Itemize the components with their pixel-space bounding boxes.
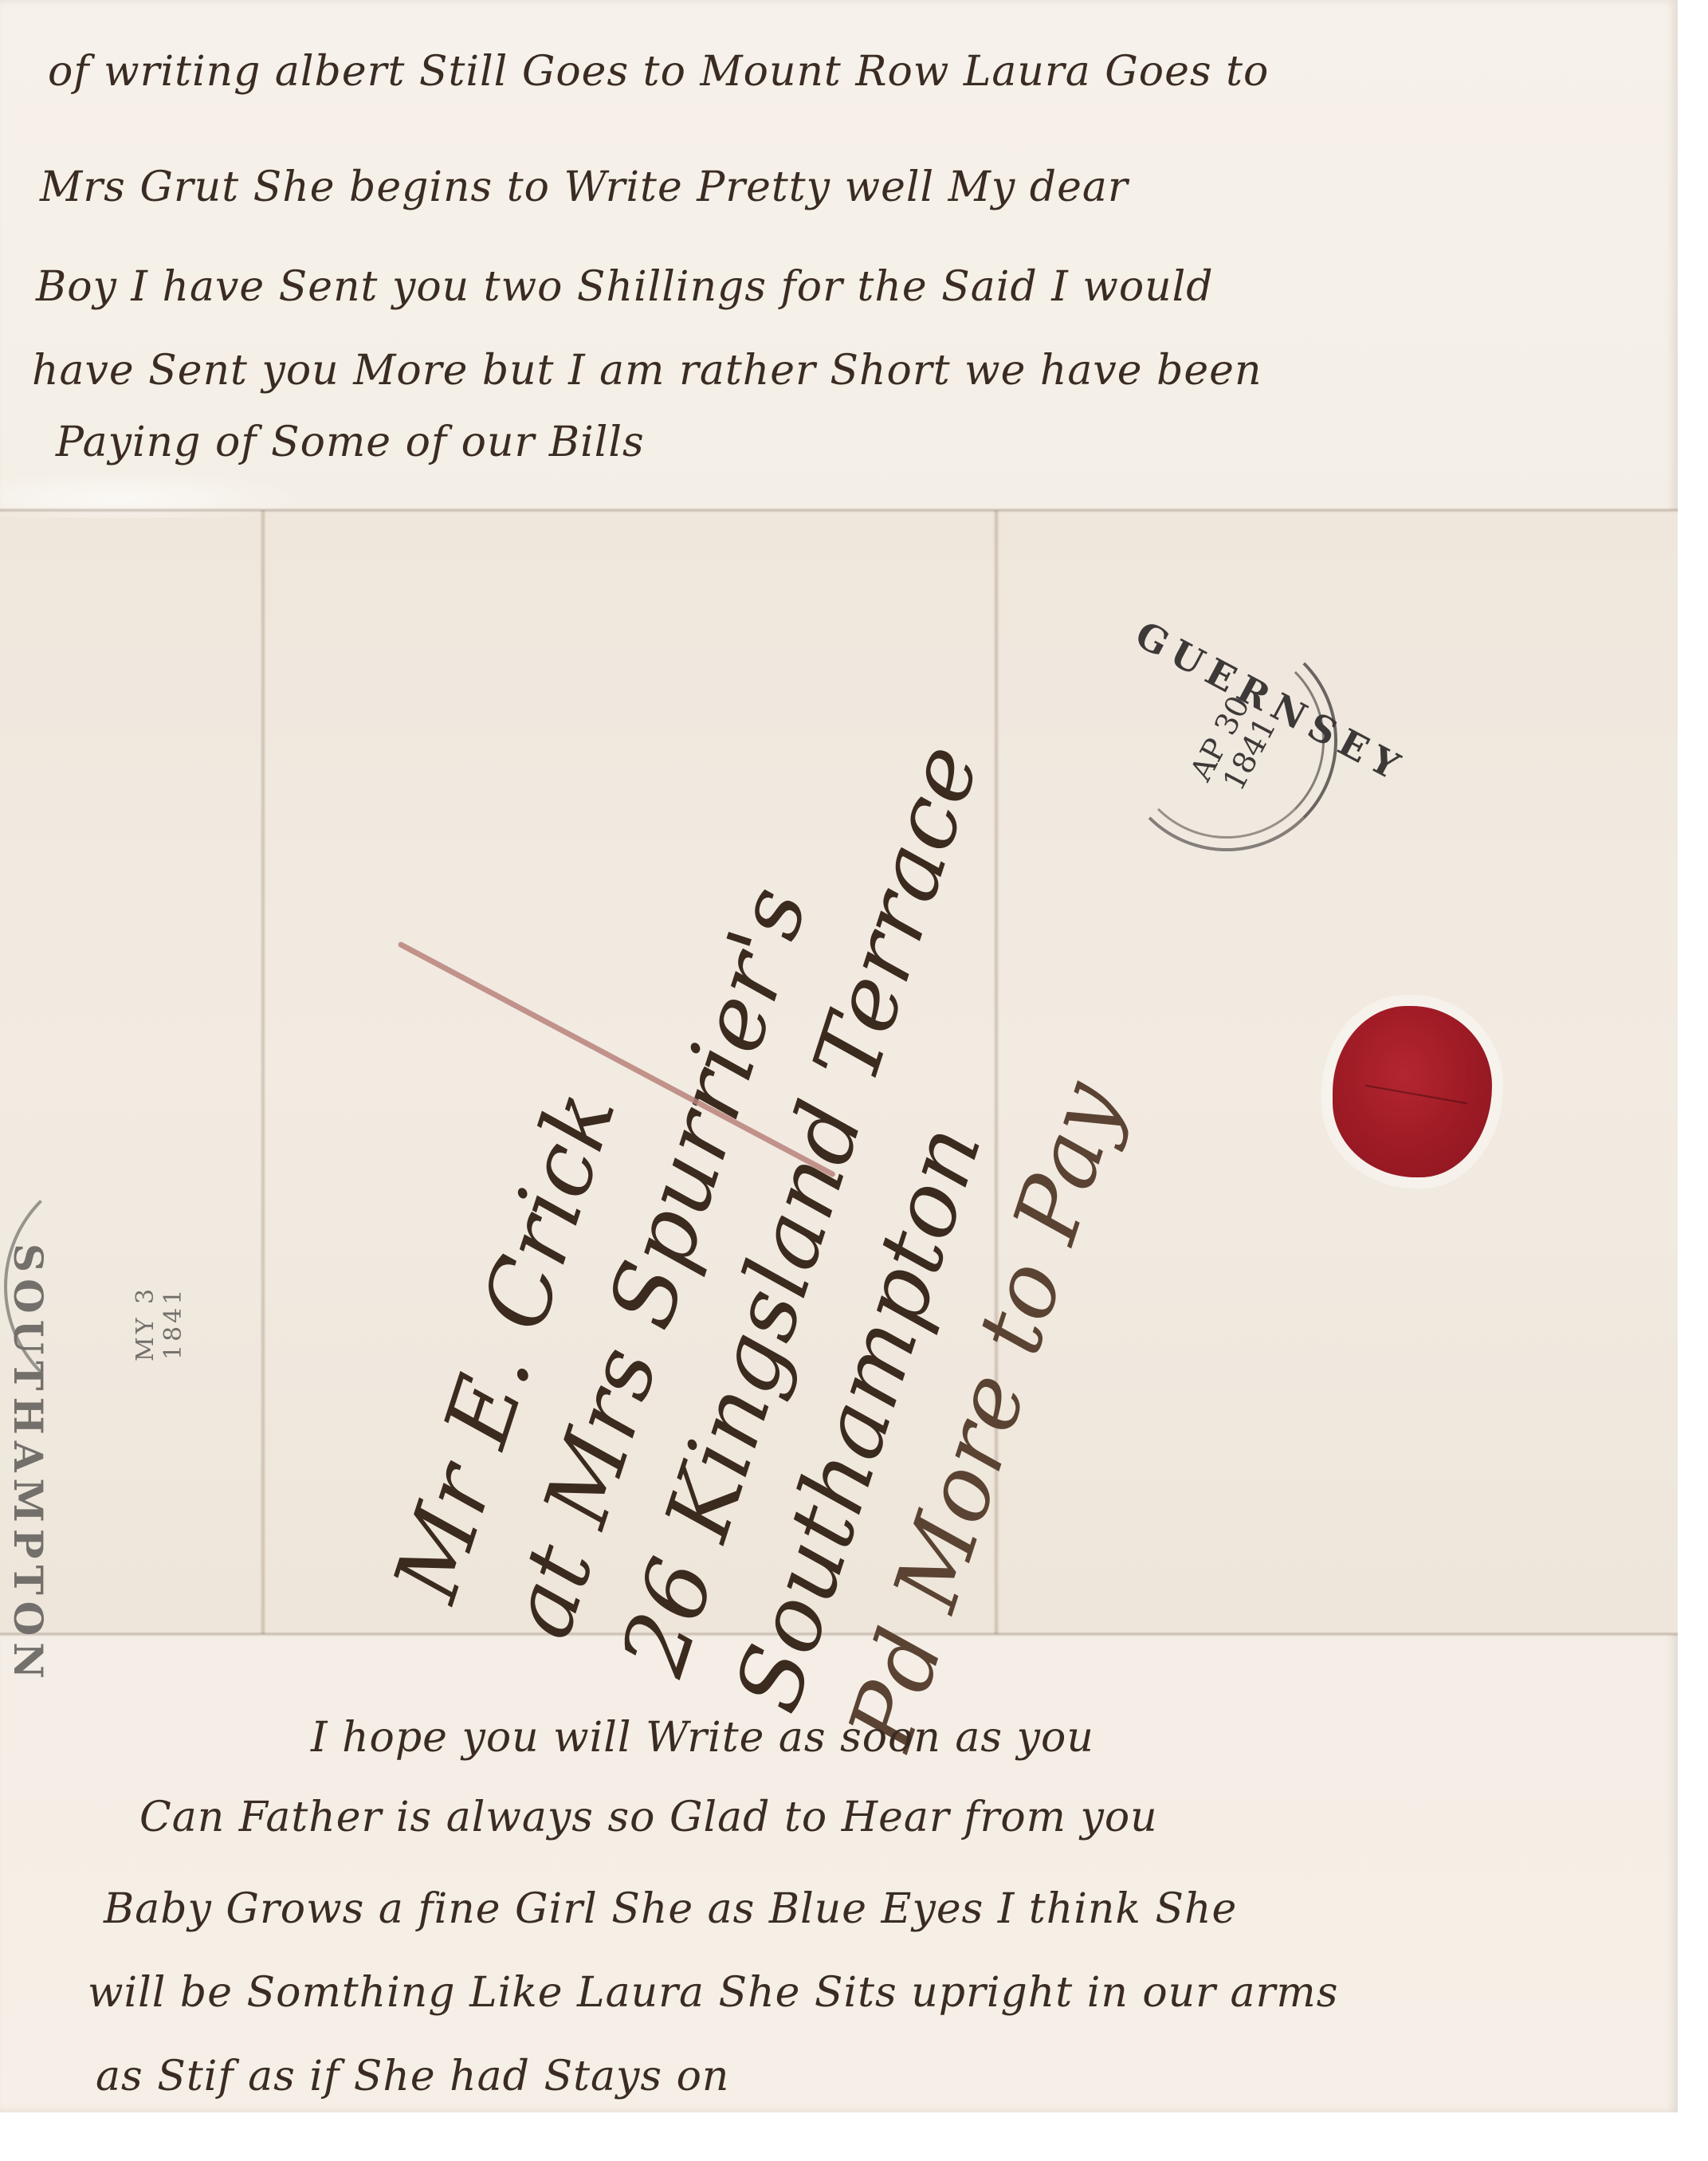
seal-crack bbox=[1365, 1085, 1467, 1105]
letter-line: Paying of Some of our Bills bbox=[56, 418, 645, 466]
postmark-date: MY 3 1841 bbox=[132, 1259, 187, 1387]
guernsey-postmark: GUERNSEY AP 30 1841 bbox=[1116, 630, 1337, 851]
wax-seal bbox=[1333, 1006, 1492, 1177]
southampton-postmark: SOUTHAMPTON MY 3 1841 bbox=[4, 1132, 259, 1387]
letter-line: Mrs Grut She begins to Write Pretty well… bbox=[40, 163, 1129, 211]
postmark-day: MY 3 bbox=[132, 1285, 159, 1361]
letter-line: have Sent you More but I am rather Short… bbox=[32, 347, 1262, 395]
letter-line: Boy I have Sent you two Shillings for th… bbox=[36, 263, 1214, 311]
letter-line: of writing albert Still Goes to Mount Ro… bbox=[48, 48, 1269, 96]
letter-line: as Stif as if She had Stays on bbox=[96, 2053, 729, 2100]
postmark-year: 1841 bbox=[159, 1287, 187, 1360]
letter-line: I hope you will Write as soon as you bbox=[311, 1714, 1094, 1762]
fold-line-left bbox=[260, 510, 266, 1634]
postmark-town: SOUTHAMPTON bbox=[5, 1244, 52, 1685]
fold-line-top bbox=[0, 508, 1678, 513]
letter-line: Can Father is always so Glad to Hear fro… bbox=[139, 1794, 1158, 1841]
letter-line: Baby Grows a fine Girl She as Blue Eyes … bbox=[104, 1885, 1237, 1933]
letter-line: will be Somthing Like Laura She Sits upr… bbox=[88, 1969, 1338, 2017]
